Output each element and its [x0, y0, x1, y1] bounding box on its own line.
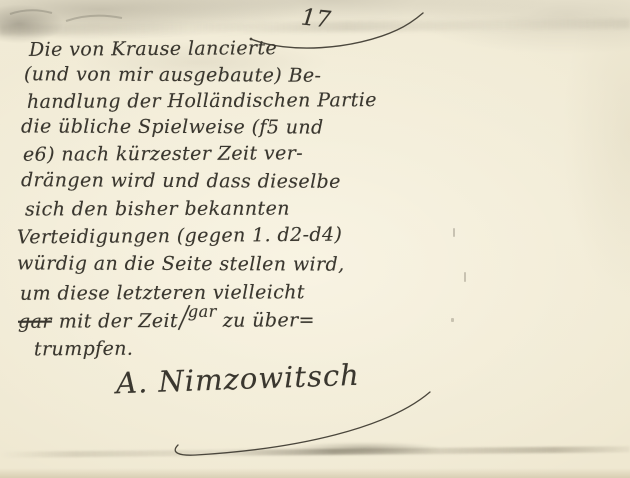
handwritten-letter-scan: 17 Die von Krause lancierte (und von mir…: [0, 0, 630, 478]
text-line: e6) nach kürzester Zeit ver-: [23, 142, 303, 165]
text-line: Die von Krause lancierte: [29, 37, 277, 61]
text-line: (und von mir ausgebaute) Be-: [24, 63, 321, 87]
signature-flourish: [148, 386, 448, 466]
text-line: handlung der Holländischen Partie: [27, 89, 377, 113]
text-line: um diese letzteren vielleicht: [20, 281, 305, 304]
correction-tail-text: zu über=: [223, 309, 315, 331]
ink-speck: [453, 228, 455, 237]
text-line: trumpfen.: [34, 338, 133, 361]
text-line: würdig an die Seite stellen wird,: [17, 252, 345, 275]
struck-out-word: gar: [18, 311, 52, 333]
text-line: Verteidigungen (gegen 1. d2-d4): [17, 224, 342, 249]
text-line: die übliche Spielweise (f5 und: [21, 115, 324, 138]
text-line: drängen wird und dass dieselbe: [21, 169, 341, 193]
ink-speck: [451, 318, 454, 322]
inserted-word: gar: [188, 302, 217, 321]
text-line-with-correction: garmit der Zeit∕garzu über=: [18, 309, 315, 333]
bottom-paper-edge-shadow: [0, 468, 630, 478]
text-line: sich den bisher bekannten: [25, 198, 290, 221]
pencil-scribble-mark: [8, 4, 158, 32]
correction-middle-text: mit der Zeit: [59, 310, 178, 333]
ink-speck: [464, 272, 466, 282]
